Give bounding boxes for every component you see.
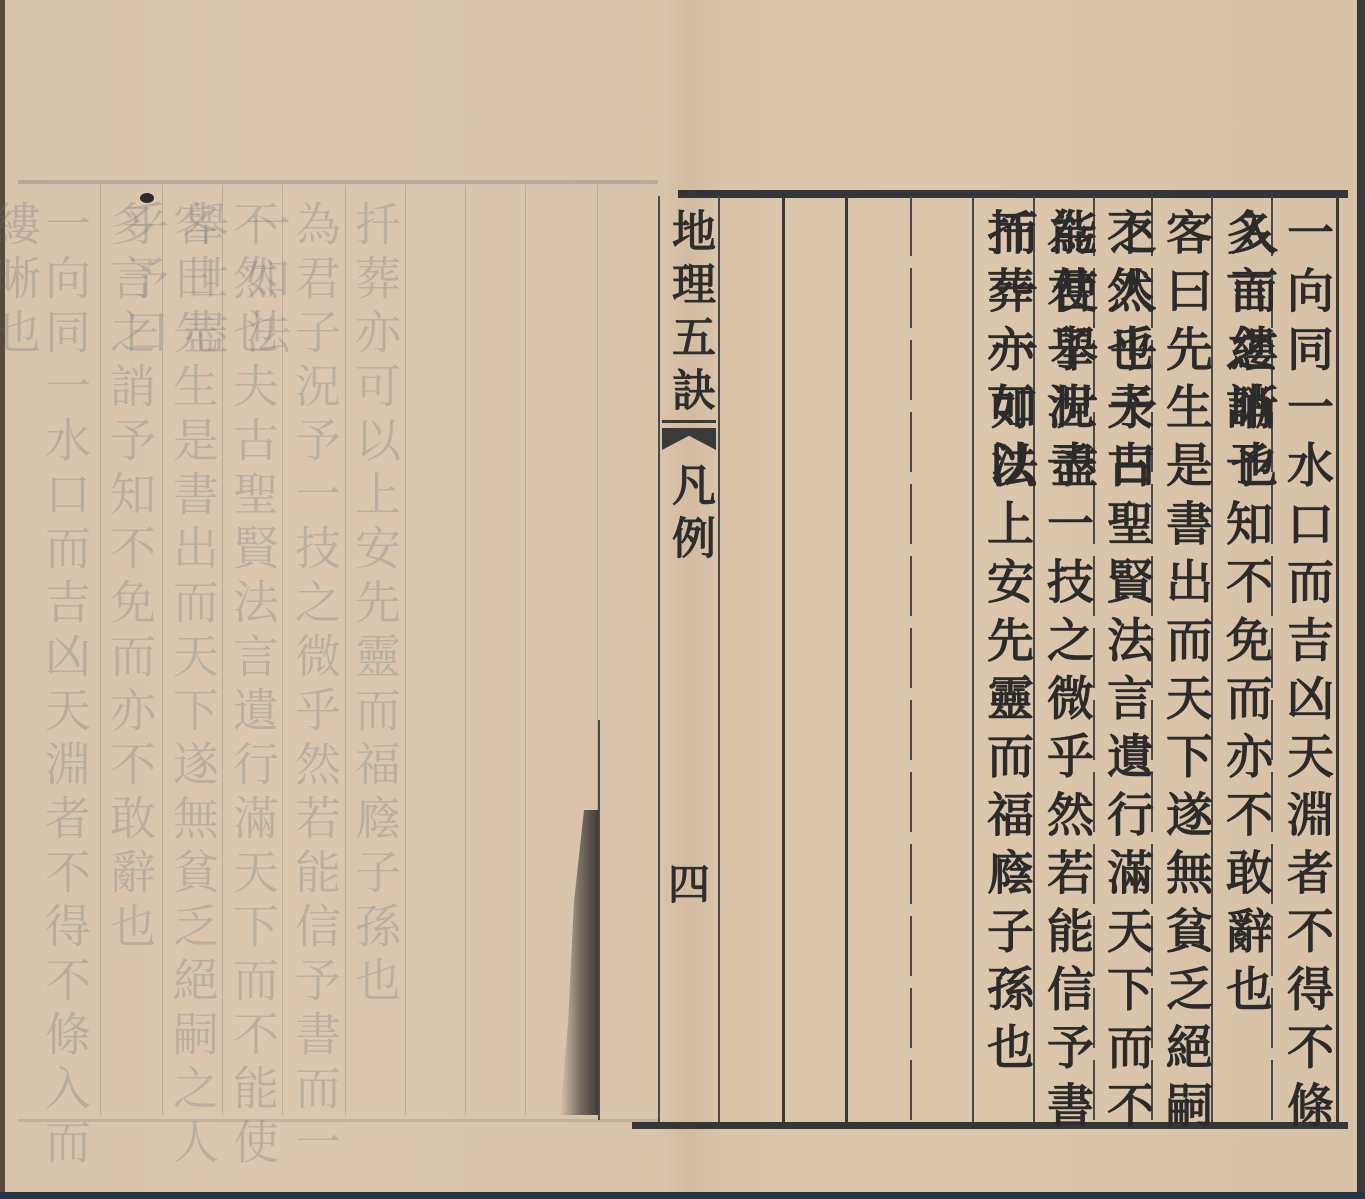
ghost-column: 扦葬亦可以上安先靈而福廕子孫也 [350,200,400,1010]
left-page-rule [598,720,600,1120]
ghost-column: 客曰先生是書出而天下遂無貧乏絕嗣之人乎予曰 [168,200,218,1192]
page-frame-top-border [678,190,1348,198]
ghost-rule [525,185,526,1115]
right-edge-shadow [1357,0,1365,1192]
ghost-column: 一向同一水口而吉凶天淵者不得不條入而縷晰也 [40,200,90,1192]
text-column-3: 客曰先生是書出而天下遂無貧乏絕嗣之人乎予曰 [1157,208,1213,1192]
ghost-column: 不然也夫古聖賢法言遺行滿天下而不能使舉世盡 [228,200,278,1192]
column-rule [782,196,785,1122]
page-frame-bottom-border [632,1122,1348,1129]
ghost-rule [405,185,406,1115]
text-column-4: 不然也夫古聖賢法言遺行滿天下而不能使舉世盡 [1098,208,1154,1192]
column-rule [972,196,974,1122]
column-rule [845,196,848,1122]
book-scan-spread: 扦葬亦可以上安先靈而福廕子孫也 為君子況予一技之微乎然若能信予書而一一如法 不然… [0,0,1365,1192]
left-edge-shadow [0,0,5,1192]
column-rule [1336,196,1339,1122]
ghost-rule [100,185,101,1115]
fish-tail-bar [662,420,716,423]
page-number: 四 [663,852,715,912]
viewer-bottom-strip [0,1192,1365,1199]
column-rule [718,196,720,1122]
text-column-6: 扦葬亦可以上安先靈而福廕子孫也 [978,208,1034,1081]
text-column-2: 多言之誚予知不免而亦不敢辭也 [1217,208,1273,1023]
ghost-column: 多言之誚予知不免而亦不敢辭也 [105,200,155,956]
ghost-rule [345,185,346,1115]
ink-blot [140,193,154,203]
ghost-column: 為君子況予一技之微乎然若能信予書而一一如法 [290,200,340,1192]
text-column-1: 一向同一水口而吉凶天淵者不得不條入而縷晰也 [1278,208,1334,1192]
book-title: 地理五訣 [663,208,715,420]
column-rule [910,196,912,1122]
section-label: 凡例 [663,462,715,568]
text-column-5: 為君子況予一技之微乎然若能信予書而一一如法 [1038,208,1094,1192]
ghost-rule [465,185,466,1115]
column-rule [658,196,660,1122]
book-spine-fold [655,0,725,1192]
